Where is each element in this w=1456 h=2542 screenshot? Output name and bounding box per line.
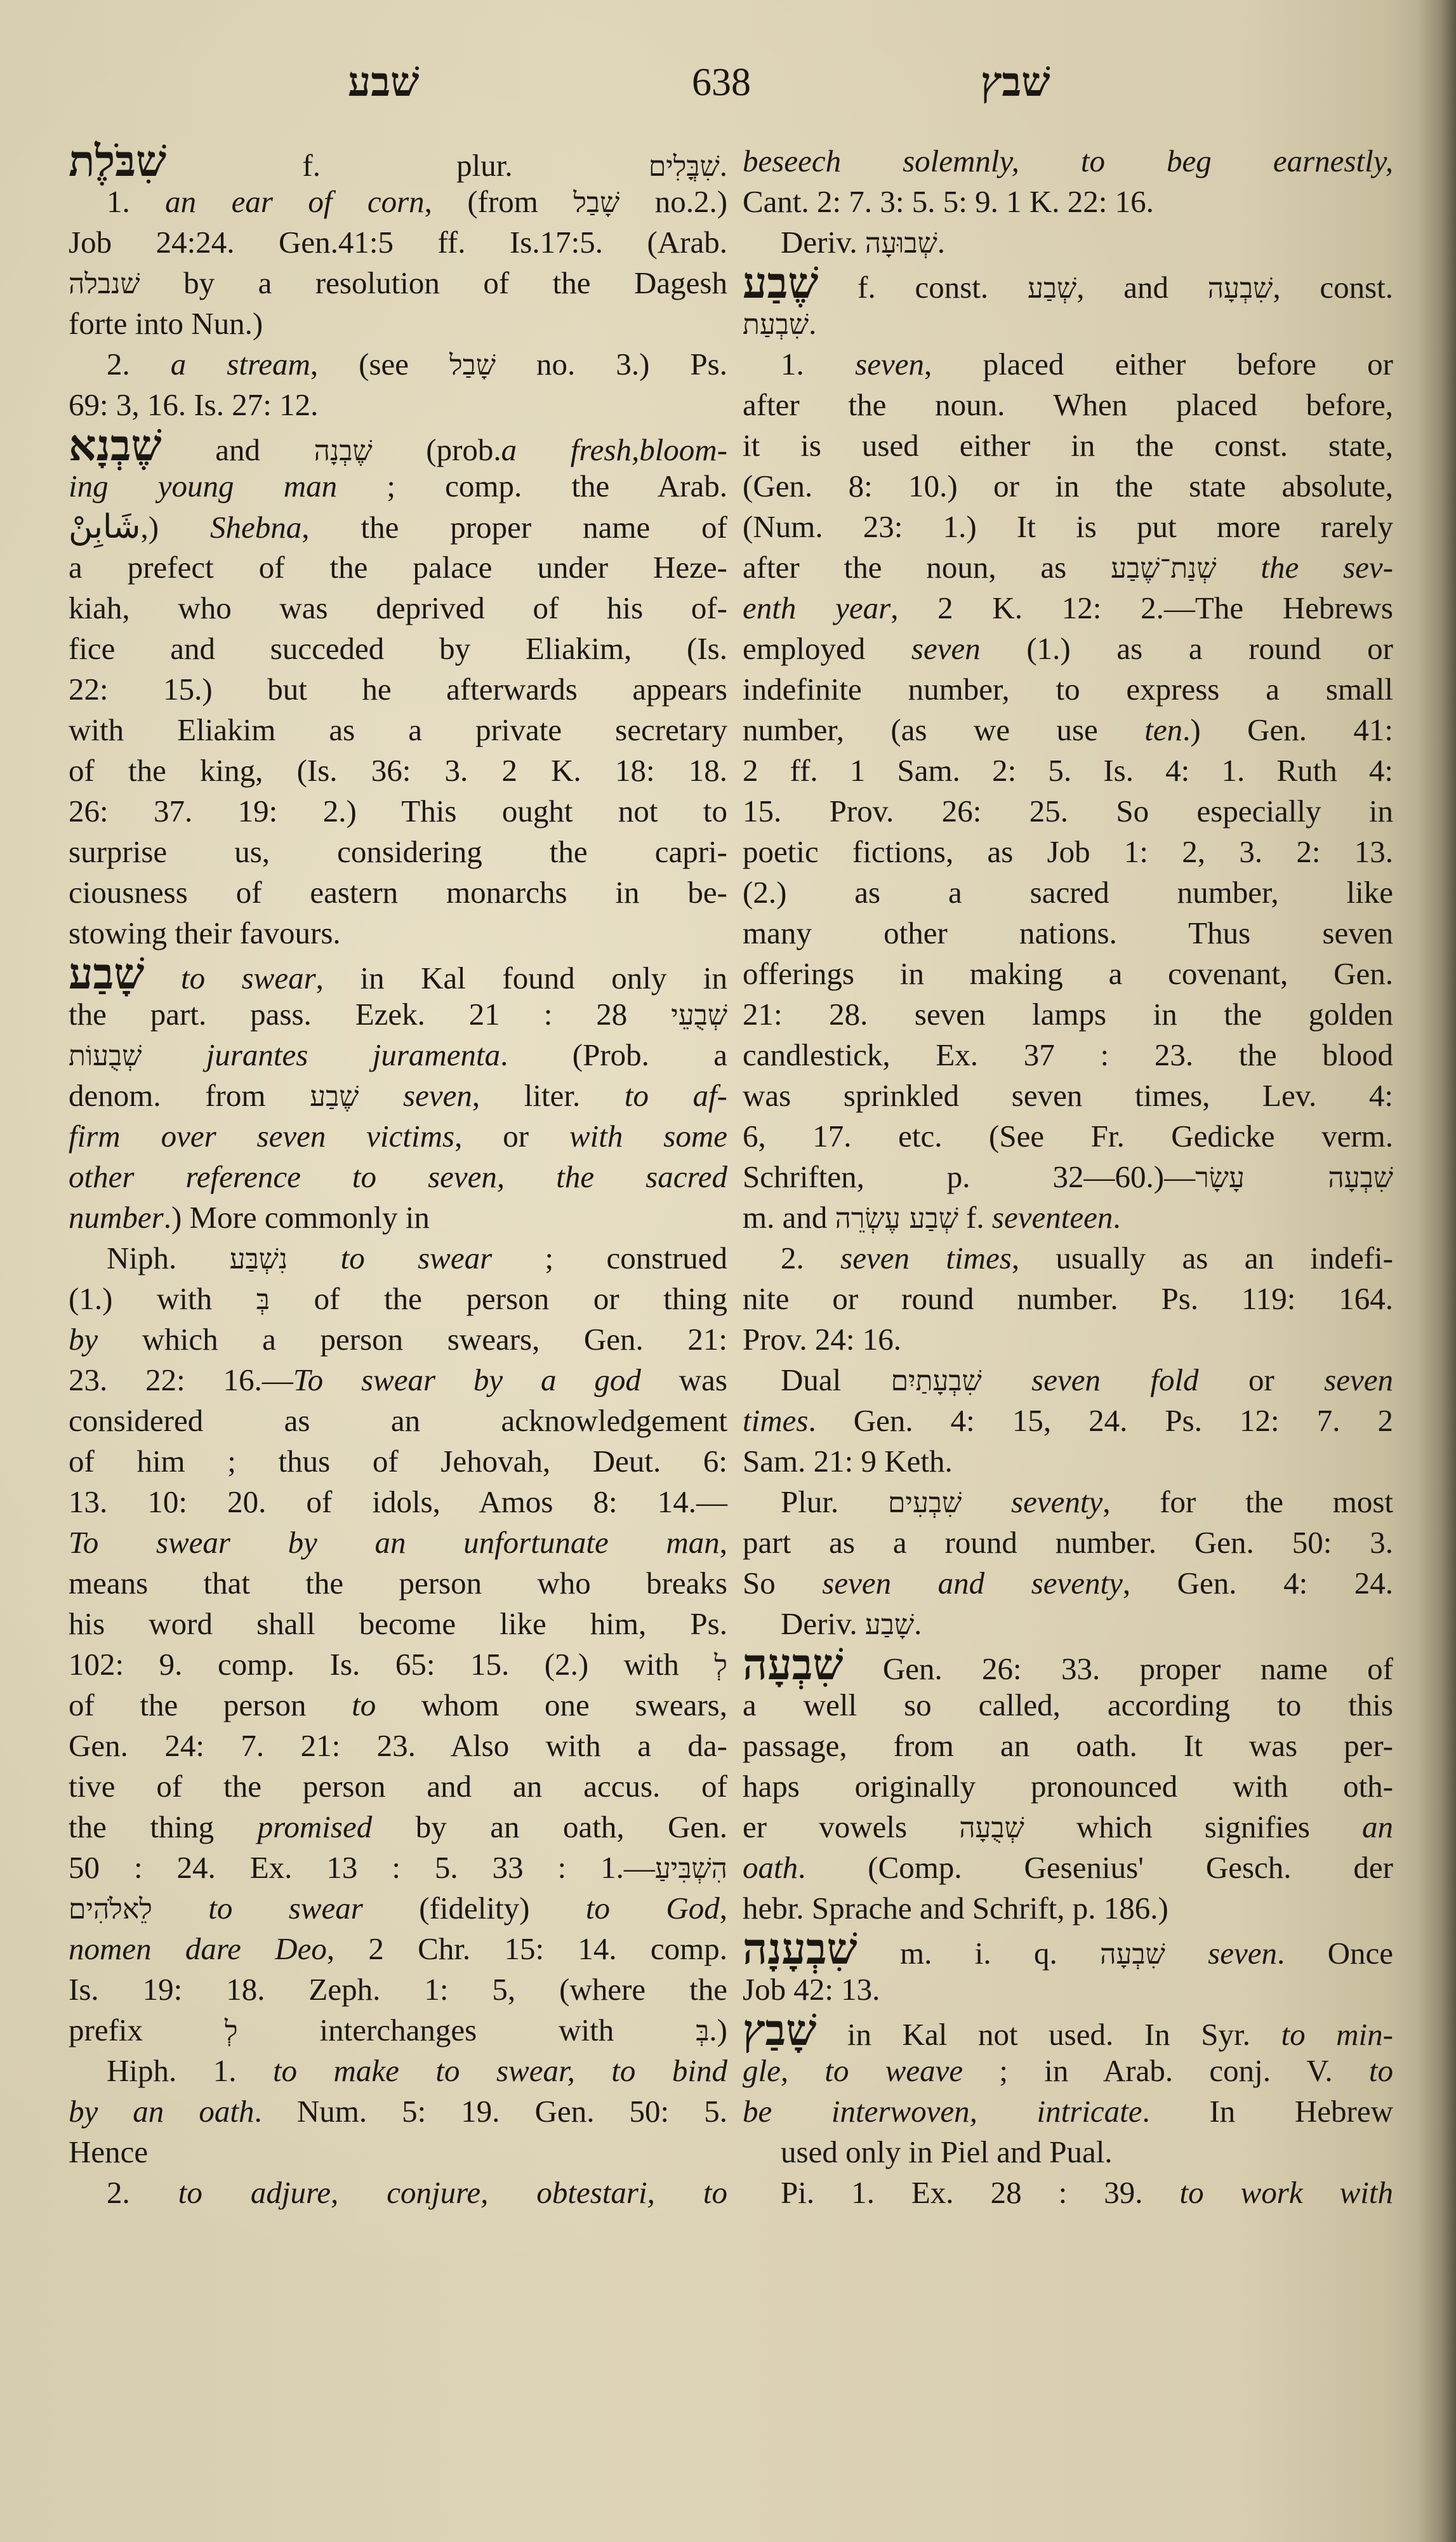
text-segment: Sam. 21: 9 Keth. [743, 1444, 953, 1479]
text-segment: . [720, 148, 727, 183]
text-line: Pi. 1. Ex. 28 : 39. to work with [743, 2173, 1393, 2213]
text-segment: many other nations. Thus seven [743, 915, 1393, 950]
text-segment: a prefect of the palace under Heze- [69, 550, 727, 585]
text-segment: ,) [140, 510, 210, 545]
hebrew-word: בְּ [696, 2015, 709, 2047]
text-line: of the person to whom one swears, [69, 1685, 727, 1726]
hebrew-headword: שֶׁבַע [743, 258, 818, 309]
text-segment: fice and succeded by Eliakim, (Is. [69, 631, 727, 666]
text-segment: in Kal not used. In Syr. [816, 2017, 1281, 2052]
text-line: Dual שִׁבְעָתַיִם seven fold or seven [743, 1360, 1393, 1401]
text-segment: . [937, 225, 945, 260]
text-segment: a well so called, according to this [743, 1687, 1393, 1722]
text-line: Deriv. שְׁבוּעָה. [743, 222, 1393, 263]
text-segment: of the person [69, 1687, 352, 1722]
text-line: (Num. 23: 1.) It is put more rarely [743, 507, 1393, 547]
text-segment: nite or round number. Ps. 119: 164. [743, 1281, 1393, 1316]
hebrew-word: שְׁבֻעֵי [671, 999, 727, 1032]
text-segment: er vowels [743, 1809, 959, 1844]
text-segment [288, 1241, 340, 1275]
text-segment: the thing [69, 1809, 258, 1844]
text-line: the thing promised by an oath, Gen. [69, 1807, 727, 1847]
entry-headword-line: שָׁבַע to swear, in Kal found only in [69, 954, 727, 994]
right-column: beseech solemnly, to beg earnestly,Cant.… [743, 141, 1393, 2213]
hebrew-word: לְ [225, 2015, 238, 2047]
text-segment: , 2 K. 12: 2.—The Hebrews [890, 590, 1393, 625]
text-segment: means that the person who breaks [69, 1566, 727, 1600]
text-segment: . [914, 1606, 922, 1641]
hebrew-headword: שָׁבַץ [743, 2005, 816, 2056]
text-segment: beseech solemnly, to beg earnestly, [743, 143, 1393, 178]
text-line: 22: 15.) but he afterwards appears [69, 669, 727, 710]
text-line: 2. seven times, usually as an indefi- [743, 1238, 1393, 1279]
hebrew-word: שִׁבְעָה [1100, 1938, 1165, 1971]
text-line: nomen dare Deo, 2 Chr. 15: 14. comp. [69, 1929, 727, 1969]
text-line: passage, from an oath. It was per- [743, 1726, 1393, 1766]
text-line: surprise us, considering the capri- [69, 832, 727, 872]
text-segment: number [69, 1200, 164, 1235]
hebrew-word: שְׁבֻעוֹת [69, 1040, 142, 1072]
text-segment: forte into Nun.) [69, 306, 263, 341]
text-segment: 2. [781, 1241, 840, 1275]
text-segment: Prov. 24: 16. [743, 1322, 901, 1357]
text-line: forte into Nun.) [69, 303, 727, 344]
text-line: stowing their favours. [69, 913, 727, 954]
hebrew-word: שׁנבלה [69, 268, 140, 300]
text-segment: 23. 22: 16.— [69, 1362, 293, 1397]
text-segment: used only in Piel and Pual. [781, 2134, 1113, 2169]
text-segment: to work with [1179, 2175, 1393, 2210]
text-line: means that the person who breaks [69, 1563, 727, 1604]
text-segment: to swear [181, 961, 316, 995]
text-line: (Gen. 8: 10.) or in the state absolute, [743, 466, 1393, 507]
text-segment: passage, from an oath. It was per- [743, 1728, 1393, 1763]
text-segment: whom one swears, [376, 1687, 727, 1722]
text-line: Plur. שִׁבְעִים seventy, for the most [743, 1482, 1393, 1522]
text-segment: . [1113, 1200, 1120, 1235]
text-segment: by [69, 1322, 98, 1357]
text-segment: gle, to weave [743, 2053, 963, 2088]
text-segment: .) [709, 2013, 727, 2047]
text-segment: seven [911, 631, 981, 666]
text-segment: to [352, 1687, 376, 1722]
text-segment: Hence [69, 2134, 148, 2169]
text-segment: of the king, (Is. 36: 3. 2 K. 18: 18. [69, 753, 727, 788]
text-segment: 102: 9. comp. Is. 65: 15. (2.) with [69, 1647, 714, 1682]
text-segment: .) Gen. 41: [1182, 712, 1393, 747]
text-segment: Pi. 1. Ex. 28 : 39. [781, 2175, 1179, 2210]
text-segment: .) More commonly in [164, 1200, 430, 1235]
text-segment: by an oath, Gen. [372, 1809, 727, 1844]
text-segment: Niph. [107, 1241, 230, 1275]
text-segment: ; construed [492, 1241, 727, 1275]
text-line: Cant. 2: 7. 3: 5. 5: 9. 1 K. 22: 16. [743, 182, 1393, 222]
text-segment: seven [855, 347, 924, 382]
text-line: number.) More commonly in [69, 1197, 727, 1238]
text-segment: ciousness of eastern monarchs in be- [69, 875, 727, 910]
text-segment: Gen. 24: 7. 21: 23. Also with a da- [69, 1728, 727, 1763]
text-segment: it is used either in the const. state, [743, 428, 1393, 463]
text-segment: 1. [781, 347, 855, 382]
text-segment: to swear [208, 1891, 363, 1926]
text-line: times. Gen. 4: 15, 24. Ps. 12: 7. 2 [743, 1401, 1393, 1441]
text-segment: haps originally pronounced with oth- [743, 1769, 1393, 1804]
text-segment: To swear by a god [293, 1362, 641, 1397]
text-segment: employed [743, 631, 911, 666]
text-line: (2.) as a sacred number, like [743, 872, 1393, 913]
dictionary-page: שׁבע 638 שׁבץ שִׁבֹּלֶת f. plur. שִׁבֳּל… [0, 0, 1456, 2542]
text-line: 26: 37. 19: 2.) This ought not to [69, 791, 727, 832]
text-line: לֵאלֹהִים to swear (fidelity) to God, [69, 1888, 727, 1929]
text-segment [1217, 550, 1261, 585]
text-segment: seventy [1011, 1484, 1102, 1519]
text-line: Niph. נִשְׁבַּע to swear ; construed [69, 1238, 727, 1279]
text-segment: the sev- [1261, 550, 1393, 585]
text-segment: seven [403, 1078, 472, 1113]
text-segment: and [162, 432, 314, 467]
text-segment: Job 24:24. Gen.41:5 ff. Is.17:5. (Arab. [69, 225, 727, 260]
text-segment: indefinite number, to express a small [743, 672, 1393, 707]
text-line: of him ; thus of Jehovah, Deut. 6: [69, 1441, 727, 1482]
text-line: שְׁבֻעוֹת jurantes juramenta. (Prob. a [69, 1035, 727, 1075]
text-line: To swear by an unfortunate man, [69, 1522, 727, 1563]
text-segment: To swear by an unfortunate man [69, 1525, 720, 1560]
hebrew-word: הִשְׁבִּיעַ [655, 1853, 727, 1885]
hebrew-word: שָׁבַע [865, 1609, 914, 1641]
hebrew-word: שִׁבְעָה [1208, 272, 1273, 305]
hebrew-word: שֶׁבְנָה [314, 435, 373, 467]
text-segment: ; comp. the Arab. [337, 469, 727, 503]
text-line: offerings in making a covenant, Gen. [743, 954, 1393, 994]
text-segment: m. and [743, 1200, 835, 1235]
text-segment: 69: 3, 16. Is. 27: 12. [69, 387, 318, 422]
text-segment: 21: 28. seven lamps in the golden [743, 997, 1393, 1032]
text-segment: to swear [341, 1241, 493, 1275]
text-segment: m. i. q. [857, 1936, 1101, 1971]
text-line: Job 42: 13. [743, 1969, 1393, 2010]
entry-headword-line: שִׁבְעָה Gen. 26: 33. proper name of [743, 1644, 1393, 1685]
hebrew-word: שְׁבַע [1028, 272, 1076, 305]
text-segment: which signifies [1024, 1809, 1362, 1844]
text-line: tive of the person and an accus. of [69, 1766, 727, 1807]
text-segment: seven fold [1031, 1362, 1198, 1397]
text-line: employed seven (1.) as a round or [743, 629, 1393, 669]
text-line: 21: 28. seven lamps in the golden [743, 994, 1393, 1035]
text-line: kiah, who was deprived of his of- [69, 588, 727, 629]
text-segment: , and [1076, 270, 1208, 305]
text-segment: 2. [107, 347, 171, 382]
text-line: with Eliakim as a private secretary [69, 710, 727, 750]
text-segment: enth year [743, 590, 890, 625]
text-segment: , [720, 1525, 727, 1560]
hebrew-headword: שֶׁבְנָא [69, 420, 162, 471]
entry-headword-line: שֶׁבַע f. const. שְׁבַע, and שִׁבְעָה, c… [743, 263, 1393, 303]
text-segment: (2.) as a sacred number, like [743, 875, 1393, 910]
text-segment [142, 1037, 206, 1072]
text-segment: seven [1324, 1362, 1393, 1397]
page-edge-shadow [1418, 0, 1456, 2542]
text-segment: , (from [425, 184, 574, 219]
text-segment: an [1362, 1809, 1393, 1844]
text-segment: to af- [625, 1078, 727, 1113]
text-line: gle, to weave ; in Arab. conj. V. to [743, 2051, 1393, 2091]
text-segment: Schriften, p. 32—60.)— [743, 1159, 1195, 1194]
text-segment: other reference to seven, the sacred [69, 1159, 727, 1194]
text-segment: of him ; thus of Jehovah, Deut. 6: [69, 1444, 727, 1479]
text-segment: f. plur. [166, 148, 649, 183]
text-line: ing young man ; comp. the Arab. [69, 466, 727, 507]
text-segment [1165, 1936, 1208, 1971]
text-segment [962, 1484, 1011, 1519]
text-segment [144, 961, 181, 995]
text-line: Job 24:24. Gen.41:5 ff. Is.17:5. (Arab. [69, 222, 727, 263]
entry-headword-line: שָׁבַץ in Kal not used. In Syr. to min- [743, 2010, 1393, 2051]
hebrew-word: שָׁבַל [573, 187, 619, 219]
text-line: prefix לְ interchanges with בְּ.) [69, 2010, 727, 2051]
text-line: 102: 9. comp. Is. 65: 15. (2.) with לְ [69, 1644, 727, 1685]
text-segment: , usually as an indefi- [1012, 1241, 1393, 1275]
text-segment: after the noun. When placed before, [743, 387, 1393, 422]
text-segment: be interwoven, intricate [743, 2094, 1142, 2129]
text-segment: 6, 17. etc. (See Fr. Gedicke verm. [743, 1119, 1393, 1154]
text-segment: seven and seventy [822, 1566, 1123, 1600]
text-segment: a fresh,bloom- [501, 432, 727, 467]
text-segment: no.2.) [619, 184, 727, 219]
text-line: after the noun, as שְׁנַת־שֶׁבַע the sev… [743, 547, 1393, 588]
hebrew-headword: שָׁבַע [69, 948, 144, 999]
text-line: Sam. 21: 9 Keth. [743, 1441, 1393, 1482]
text-segment: , Gen. 4: 24. [1123, 1566, 1393, 1600]
text-line: a well so called, according to this [743, 1685, 1393, 1726]
text-line: after the noun. When placed before, [743, 385, 1393, 425]
text-segment: surprise us, considering the capri- [69, 834, 727, 869]
text-segment: after the noun, as [743, 550, 1111, 585]
text-line: شَابِنْ,) Shebna, the proper name of [69, 507, 727, 547]
text-segment: stowing their favours. [69, 915, 341, 950]
text-line: hebr. Sprache and Schrift, p. 186.) [743, 1888, 1393, 1929]
text-line: of the king, (Is. 36: 3. 2 K. 18: 18. [69, 750, 727, 791]
text-line: Deriv. שָׁבַע. [743, 1604, 1393, 1644]
text-segment: 1. [107, 184, 165, 219]
text-segment: ; in Arab. conj. V. [963, 2053, 1369, 2088]
text-line: it is used either in the const. state, [743, 425, 1393, 466]
text-line: by an oath. Num. 5: 19. Gen. 50: 5. [69, 2091, 727, 2132]
hebrew-word: שִׁבְעִים [888, 1487, 962, 1519]
text-segment: 50 : 24. Ex. 13 : 5. 33 : 1.— [69, 1850, 655, 1885]
text-segment: Cant. 2: 7. 3: 5. 5: 9. 1 K. 22: 16. [743, 184, 1154, 219]
text-segment: by a resolution of the Dagesh [140, 265, 727, 300]
text-line: (1.) with בְּ of the person or thing [69, 1279, 727, 1319]
text-line: שׁנבלה by a resolution of the Dagesh [69, 263, 727, 303]
text-segment: Deriv. [781, 1606, 865, 1641]
text-segment: which a person swears, Gen. 21: [98, 1322, 727, 1357]
text-line: 69: 3, 16. Is. 27: 12. [69, 385, 727, 425]
text-segment: considered as an acknowledgement [69, 1403, 727, 1438]
hebrew-headword: שִׁבֹּלֶת [69, 136, 166, 187]
text-segment: Hiph. 1. [107, 2053, 273, 2088]
text-segment: nomen dare Deo [69, 1931, 327, 1966]
text-line: Gen. 24: 7. 21: 23. Also with a da- [69, 1726, 727, 1766]
text-segment [982, 1362, 1031, 1397]
text-segment: f. [958, 1200, 992, 1235]
text-line: used only in Piel and Pual. [743, 2132, 1393, 2173]
text-line: 23. 22: 16.—To swear by a god was [69, 1360, 727, 1401]
text-segment: with Eliakim as a private secretary [69, 712, 727, 747]
text-segment: , or [454, 1119, 569, 1154]
text-segment: 2. [107, 2175, 178, 2210]
text-segment: (1.) with [69, 1281, 256, 1316]
text-line: Is. 19: 18. Zeph. 1: 5, (where the [69, 1969, 727, 2010]
text-segment: . Once [1277, 1936, 1393, 1971]
text-line: haps originally pronounced with oth- [743, 1766, 1393, 1807]
text-segment: , [720, 1891, 727, 1926]
text-line: candlestick, Ex. 37 : 23. the blood [743, 1035, 1393, 1075]
text-segment: part as a round number. Gen. 50: 3. [743, 1525, 1393, 1560]
text-segment: ten [1144, 712, 1182, 747]
text-segment: offerings in making a covenant, Gen. [743, 956, 1393, 991]
text-segment: (prob. [373, 432, 501, 467]
hebrew-headword: שִׁבְעָה [743, 1639, 844, 1690]
entry-headword-line: שֶׁבְנָא and שֶׁבְנָה (prob.a fresh,bloo… [69, 425, 727, 466]
text-segment: , (see [310, 347, 449, 382]
text-line: 1. seven, placed either before or [743, 344, 1393, 385]
text-segment: . (Comp. Gesenius' Gesch. der [798, 1850, 1393, 1885]
text-segment: with some [569, 1119, 727, 1154]
text-segment: promised [258, 1809, 373, 1844]
text-segment: prefix [69, 2013, 225, 2047]
text-segment [152, 1891, 208, 1926]
text-line: ciousness of eastern monarchs in be- [69, 872, 727, 913]
text-segment: to min- [1281, 2017, 1393, 2052]
text-line: 2. a stream, (see שָׁבַל no. 3.) Ps. [69, 344, 727, 385]
left-catchword: שׁבע [348, 57, 419, 108]
text-segment: jurantes juramenta [206, 1037, 500, 1072]
text-segment: of the person or thing [270, 1281, 727, 1316]
text-segment: 22: 15.) but he afterwards appears [69, 672, 727, 707]
text-segment: oath [743, 1850, 798, 1885]
hebrew-word: שְׁבֻעָה [959, 1812, 1024, 1844]
text-segment: poetic fictions, as Job 1: 2, 3. 2: 13. [743, 834, 1393, 869]
hebrew-word: שְׁבַע עֶשְׂרֵה [835, 1202, 958, 1235]
text-line: 50 : 24. Ex. 13 : 5. 33 : 1.—הִשְׁבִּיעַ [69, 1847, 727, 1888]
text-segment: to adjure, conjure, obtestari, to [178, 2175, 727, 2210]
text-line: the part. pass. Ezek. 21 : 28 שְׁבֻעֵי [69, 994, 727, 1035]
text-line: a prefect of the palace under Heze- [69, 547, 727, 588]
hebrew-word: שְׁנַת־שֶׁבַע [1111, 552, 1216, 585]
arabic-word: شَابِنْ [69, 508, 140, 546]
text-segment: was sprinkled seven times, Lev. 4: [743, 1078, 1393, 1113]
hebrew-word: נִשְׁבַּע [230, 1243, 288, 1275]
text-line: oath. (Comp. Gesenius' Gesch. der [743, 1847, 1393, 1888]
text-line: Hence [69, 2132, 727, 2173]
text-segment: was [641, 1362, 727, 1397]
text-segment: number, (as we use [743, 712, 1144, 747]
text-segment: to make to swear, to bind [273, 2053, 727, 2088]
text-segment: seven times [840, 1241, 1012, 1275]
text-line: other reference to seven, the sacred [69, 1157, 727, 1197]
text-segment: . Num. 5: 19. Gen. 50: 5. [255, 2094, 728, 2129]
text-segment: , in Kal found only in [316, 961, 727, 995]
hebrew-headword: שִׁבְעָנָה [743, 1924, 857, 1974]
text-segment: Deriv. [781, 225, 865, 260]
text-segment: times [743, 1403, 808, 1438]
text-line: m. and שְׁבַע עֶשְׂרֵה f. seventeen. [743, 1197, 1393, 1238]
text-segment: , the proper name of [301, 510, 727, 545]
text-line: Hiph. 1. to make to swear, to bind [69, 2051, 727, 2091]
text-line: number, (as we use ten.) Gen. 41: [743, 710, 1393, 750]
text-segment: the part. pass. Ezek. 21 : 28 [69, 997, 671, 1032]
text-line: be interwoven, intricate. In Hebrew [743, 2091, 1393, 2132]
text-segment: hebr. Sprache and Schrift, p. 186.) [743, 1891, 1168, 1926]
text-segment: 15. Prov. 26: 25. So especially in [743, 794, 1393, 828]
text-line: firm over seven victims, or with some [69, 1116, 727, 1157]
page-number: 638 [692, 57, 751, 108]
text-segment: Gen. 26: 33. proper name of [844, 1651, 1393, 1686]
text-segment: no. 3.) Ps. [496, 347, 727, 382]
text-segment: 2 ff. 1 Sam. 2: 5. Is. 4: 1. Ruth 4: [743, 753, 1393, 788]
text-line: er vowels שְׁבֻעָה which signifies an [743, 1807, 1393, 1847]
text-segment: . (Prob. a [500, 1037, 727, 1072]
text-segment: firm over seven victims [69, 1119, 454, 1154]
text-segment [359, 1078, 403, 1113]
entry-headword-line: שִׁבֹּלֶת f. plur. שִׁבֳּלִים. [69, 141, 727, 182]
text-segment: Shebna [210, 510, 301, 545]
text-segment: , placed either before or [924, 347, 1393, 382]
right-catchword: שׁבץ [981, 57, 1050, 108]
text-segment: , for the most [1102, 1484, 1393, 1519]
text-segment: Plur. [781, 1484, 888, 1519]
text-segment: f. const. [818, 270, 1028, 305]
text-segment: to [1369, 2053, 1393, 2088]
text-segment: interchanges with [238, 2013, 696, 2047]
text-segment: 26: 37. 19: 2.) This ought not to [69, 794, 727, 828]
text-line: many other nations. Thus seven [743, 913, 1393, 954]
text-line: So seven and seventy, Gen. 4: 24. [743, 1563, 1393, 1604]
text-segment: an ear of corn [165, 184, 425, 219]
text-line: part as a round number. Gen. 50: 3. [743, 1522, 1393, 1563]
text-line: Prov. 24: 16. [743, 1319, 1393, 1360]
text-segment: tive of the person and an accus. of [69, 1769, 727, 1804]
left-column: שִׁבֹּלֶת f. plur. שִׁבֳּלִים.1. an ear … [69, 141, 727, 2213]
text-segment: kiah, who was deprived of his of- [69, 590, 727, 625]
text-line: 1. an ear of corn, (from שָׁבַל no.2.) [69, 182, 727, 222]
text-segment: by an oath [69, 2094, 255, 2129]
text-line: Schriften, p. 32—60.)—שִׁבְעָה עָשָׂר [743, 1157, 1393, 1197]
hebrew-word: לֵאלֹהִים [69, 1893, 152, 1926]
text-segment: Dual [781, 1362, 891, 1397]
text-segment: (Gen. 8: 10.) or in the state absolute, [743, 469, 1393, 503]
text-segment: So [743, 1566, 822, 1600]
text-segment: seven [1208, 1936, 1277, 1971]
text-line: שִׁבְעַת. [743, 303, 1393, 344]
text-segment: (1.) as a round or [981, 631, 1393, 666]
text-line: was sprinkled seven times, Lev. 4: [743, 1075, 1393, 1116]
text-line: his word shall become like him, Ps. [69, 1604, 727, 1644]
text-segment: , 2 Chr. 15: 14. comp. [327, 1931, 727, 1966]
hebrew-word: שָׁבַל [449, 349, 496, 382]
text-line: indefinite number, to express a small [743, 669, 1393, 710]
hebrew-word: שֶׁבַע [310, 1081, 359, 1113]
hebrew-word: בְּ [256, 1284, 270, 1316]
text-segment: Is. 19: 18. Zeph. 1: 5, (where the [69, 1972, 727, 2007]
text-line: 13. 10: 20. of idols, Amos 8: 14.— [69, 1482, 727, 1522]
text-line: beseech solemnly, to beg earnestly, [743, 141, 1393, 182]
hebrew-word: שִׁבְעָה עָשָׂר [1195, 1162, 1393, 1194]
text-line: 15. Prov. 26: 25. So especially in [743, 791, 1393, 832]
text-segment: his word shall become like him, Ps. [69, 1606, 727, 1641]
text-line: considered as an acknowledgement [69, 1401, 727, 1441]
text-segment: a stream [171, 347, 310, 382]
